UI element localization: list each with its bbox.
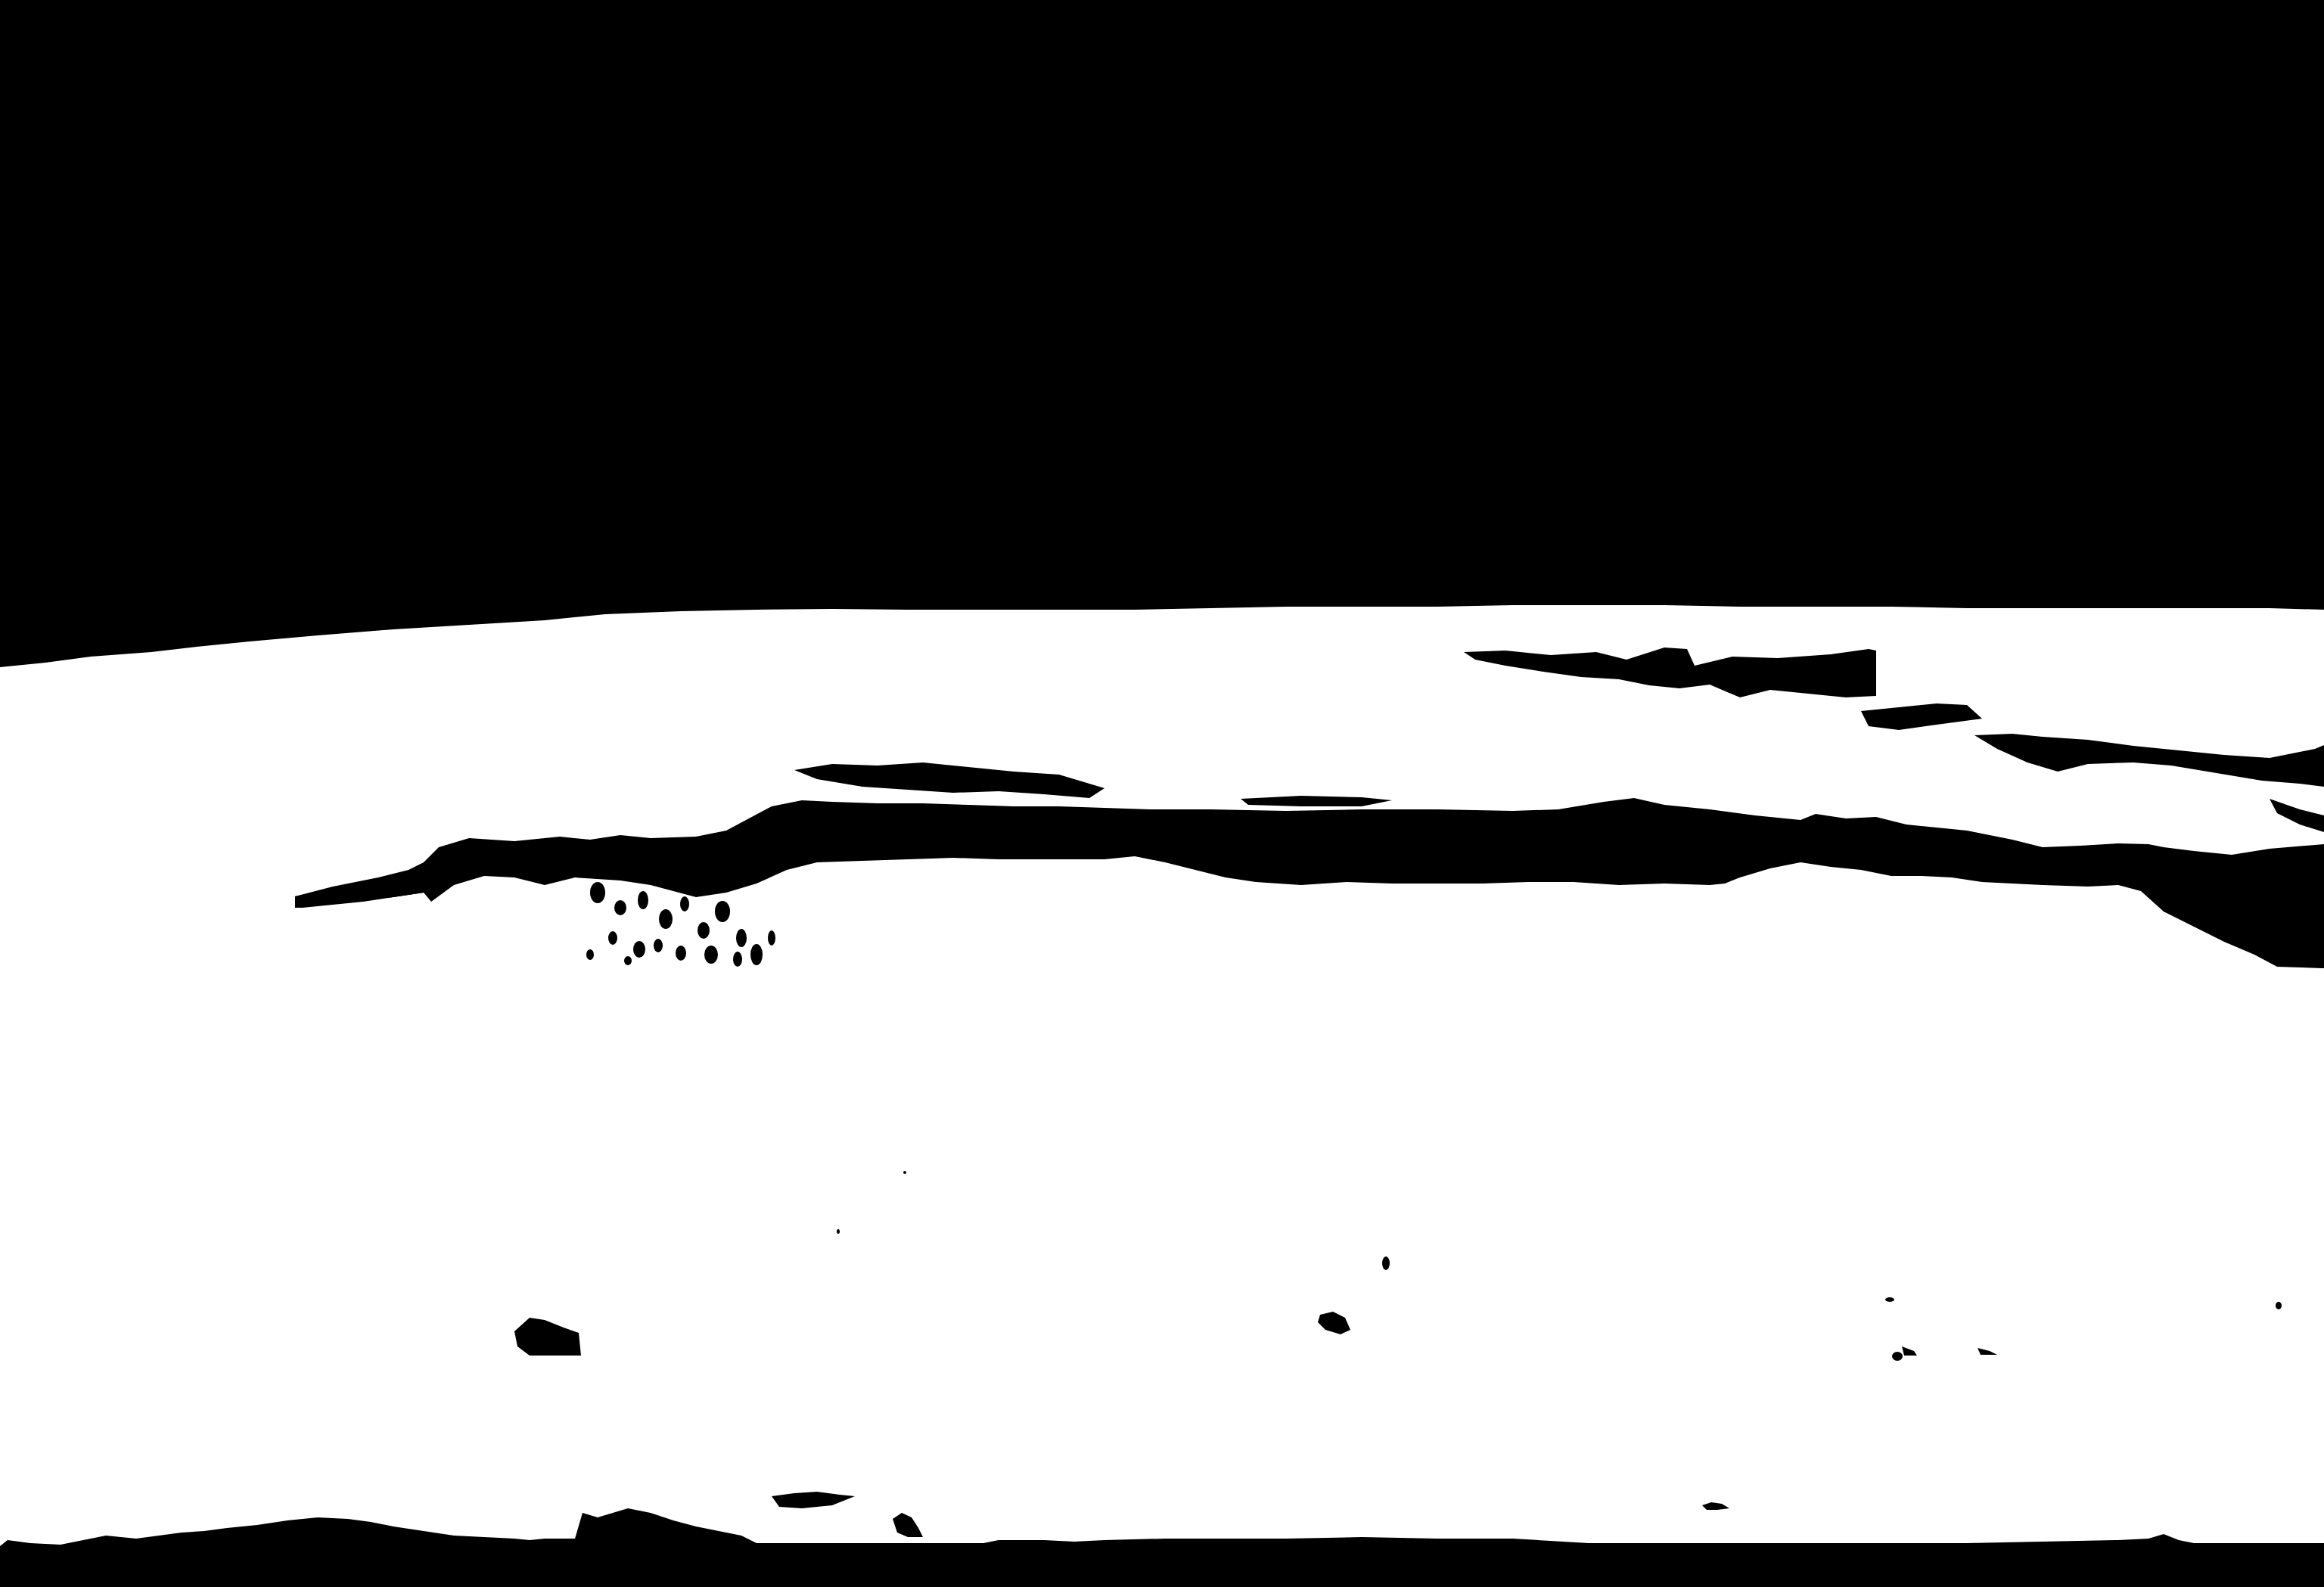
rock-small-9 bbox=[837, 1229, 840, 1234]
lunar-horizon-image bbox=[0, 0, 2324, 1587]
rock-small-8 bbox=[903, 1171, 906, 1174]
rock-small-6 bbox=[1885, 1297, 1894, 1302]
lunar-surface bbox=[0, 605, 2324, 1547]
rock-small-7 bbox=[2276, 1302, 2282, 1309]
rock-small-1 bbox=[1382, 1256, 1390, 1270]
rock-small-2 bbox=[1892, 1352, 1903, 1361]
